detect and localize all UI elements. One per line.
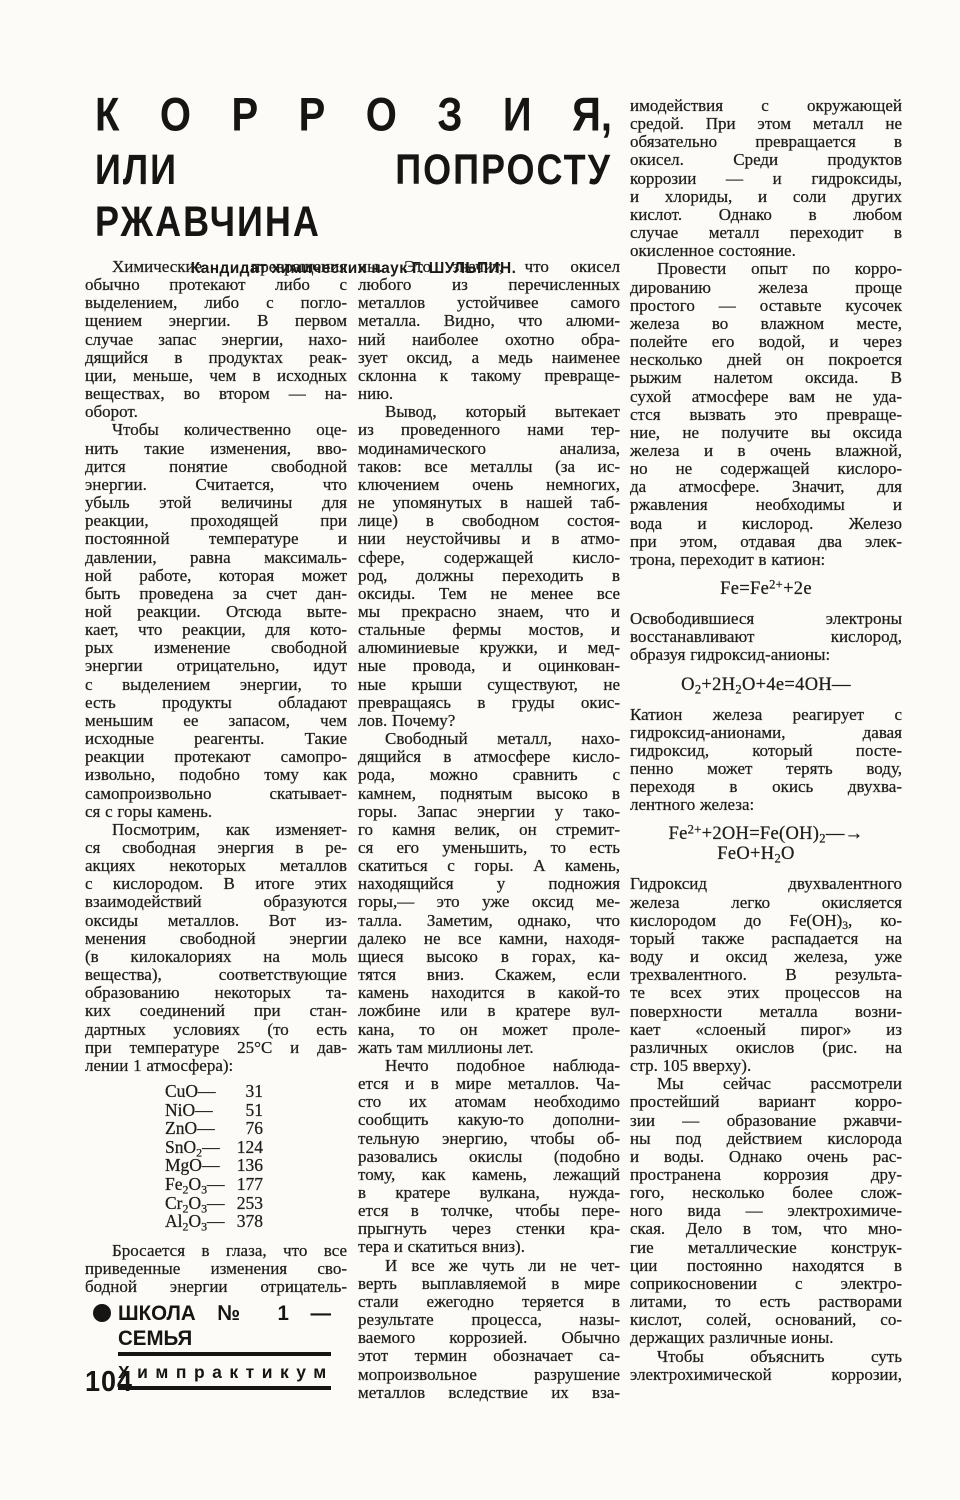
oxide-formula: Cr2O3— xyxy=(165,1194,225,1213)
text-line: держащих различные ионы. xyxy=(630,1329,902,1347)
text-line: несколько дней он покроется xyxy=(630,351,902,369)
text-line: лентного железа: xyxy=(630,796,902,814)
text-line: Свободный металл, нахо- xyxy=(358,730,620,748)
text-line: железа во влажном месте, xyxy=(630,315,902,333)
text-line: трона, переходит в катион: xyxy=(630,551,902,569)
oxide-energy-value: 253 xyxy=(237,1194,263,1213)
text-line: ции, меньше, чем в исходных xyxy=(85,367,347,385)
article-title-line-1: К О Р Р О З И Я, xyxy=(95,88,612,142)
oxide-energy-value: 31 xyxy=(246,1082,264,1101)
oxide-formula: NiO— xyxy=(165,1101,213,1120)
text-line: Гидроксид двухвалентного xyxy=(630,875,902,893)
chemical-formula: Fe=Fe2++2e xyxy=(630,579,902,599)
text-line: давлении, равна максималь- xyxy=(85,549,347,567)
text-line: ции постоянно находятся в xyxy=(630,1257,902,1275)
text-line: взаимодействий образуются xyxy=(85,893,347,911)
paragraph: Вывод, который вытекаетиз проведенного н… xyxy=(358,403,620,730)
text-line: меньшим ее запасом, чем xyxy=(85,712,347,730)
rubric-divider xyxy=(118,1352,331,1356)
oxide-formula: CuO— xyxy=(165,1082,216,1101)
text-line: литами, то есть растворами xyxy=(630,1293,902,1311)
text-line: кает «слоеный пирог» из xyxy=(630,1021,902,1039)
text-line: Вывод, который вытекает xyxy=(358,403,620,421)
text-line: энергии отрицательно, идут xyxy=(85,657,347,675)
oxide-table-row: Al2O3—378 xyxy=(165,1212,263,1231)
text-line: ной реакции. Отсюда выте- xyxy=(85,603,347,621)
text-line: склонна к такому превраще- xyxy=(358,367,620,385)
text-line: кислот, солей, оснований, со- xyxy=(630,1311,902,1329)
text-line: обычно протекают либо с xyxy=(85,276,347,294)
text-line: реакции протекают самопро- xyxy=(85,748,347,766)
text-line: род, должны переходить в xyxy=(358,567,620,585)
text-line: окисел. Среди продуктов xyxy=(630,151,902,169)
paragraph: И все же чуть ли не чет-верть выплавляем… xyxy=(358,1257,620,1402)
magazine-page: К О Р Р О З И Я, ИЛИ ПОПРОСТУ РЖАВЧИНА К… xyxy=(0,0,960,1500)
article-title-line-2: ИЛИ ПОПРОСТУ РЖАВЧИНА xyxy=(95,144,612,248)
text-column-2: ны. Это значит, что окиселлюбого из пере… xyxy=(358,258,620,1402)
text-line: ржавления необходимы и xyxy=(630,496,902,514)
text-line: электрохимической коррозии, xyxy=(630,1366,902,1384)
text-line: но не содержащей кислоро- xyxy=(630,460,902,478)
text-line: акциях некоторых металлов xyxy=(85,857,347,875)
text-line: горы. Запас энергии у тако- xyxy=(358,803,620,821)
oxide-formula: Al2O3— xyxy=(165,1212,225,1231)
text-line: металла. Видно, что алюми- xyxy=(358,312,620,330)
text-line: гидроксид, который посте- xyxy=(630,742,902,760)
text-line: стали ежегодно теряется в xyxy=(358,1293,620,1311)
text-line: различных окислов (рис. на xyxy=(630,1039,902,1057)
text-line: образованию некоторых та- xyxy=(85,984,347,1002)
text-line: Бросается в глаза, что все xyxy=(85,1242,347,1260)
text-line: ные провода, и оцинкован- xyxy=(358,657,620,675)
text-line: оксиды металлов. Вот из- xyxy=(85,912,347,930)
oxide-formula: MgO— xyxy=(165,1156,219,1175)
paragraph: Посмотрим, как изменяет-ся свободная эне… xyxy=(85,821,347,1075)
text-line: ся с горы камень. xyxy=(85,803,347,821)
text-line: восстанавливают кислород, xyxy=(630,628,902,646)
text-line: оборот. xyxy=(85,403,347,421)
text-line: железа и в очень влажной, xyxy=(630,442,902,460)
text-line: пространена коррозия дру- xyxy=(630,1166,902,1184)
text-line: лении 1 атмосфера): xyxy=(85,1057,347,1075)
text-line: соприкосновении с электро- xyxy=(630,1275,902,1293)
text-line: энергии. Считается, что xyxy=(85,476,347,494)
text-line: рых изменение свободной xyxy=(85,639,347,657)
rubric-divider xyxy=(118,1386,331,1390)
text-line: не упомянутых в нашей таб- xyxy=(358,494,620,512)
text-line: прыгнуть через стенки кра- xyxy=(358,1220,620,1238)
text-line: разовались окислы (подобно xyxy=(358,1148,620,1166)
oxide-energy-value: 378 xyxy=(237,1212,263,1231)
text-line: Посмотрим, как изменяет- xyxy=(85,821,347,839)
text-line: воду и оксид железа, уже xyxy=(630,948,902,966)
text-line: поверхности металла возни- xyxy=(630,1003,902,1021)
text-line: щиеся высоко в горах, ка- xyxy=(358,948,620,966)
text-line: есть продукты обладают xyxy=(85,694,347,712)
paragraph: Нечто подобное наблюда-ется и в мире мет… xyxy=(358,1057,620,1257)
text-line: окисленное состояние. xyxy=(630,242,902,260)
oxide-formula: Fe2O3— xyxy=(165,1175,225,1194)
oxide-energy-value: 76 xyxy=(246,1119,264,1138)
text-line: ной работе, которая может xyxy=(85,567,347,585)
text-line: извольно, подобно тому как xyxy=(85,766,347,784)
paragraph: Провести опыт по корро-дированию железа … xyxy=(630,260,902,569)
formula-line: FeO+H2O xyxy=(620,844,892,864)
text-line: жать там миллионы лет. xyxy=(358,1039,620,1057)
text-line: оксиды. Тем не менее все xyxy=(358,585,620,603)
text-line: ные крыши существуют, не xyxy=(358,676,620,694)
oxide-table-row: CuO—31 xyxy=(165,1082,263,1101)
text-line: этот термин обозначает са- xyxy=(358,1347,620,1365)
oxide-energy-table: CuO—31NiO—51ZnO—76SnO2—124MgO—136Fe2O3—1… xyxy=(85,1082,347,1231)
text-line: Чтобы объяснить суть xyxy=(630,1348,902,1366)
text-line: ся свободная энергия в ре- xyxy=(85,839,347,857)
text-line: Провести опыт по корро- xyxy=(630,260,902,278)
oxide-energy-value: 136 xyxy=(237,1156,263,1175)
text-line: при этом, отдавая два элек- xyxy=(630,533,902,551)
text-line: ется в толчке, чтобы пере- xyxy=(358,1202,620,1220)
paragraph: Чтобы объяснить сутьэлектрохимической ко… xyxy=(630,1348,902,1384)
text-line: камнем, поднятым высоко в xyxy=(358,785,620,803)
text-line: в кратере вулкана, нужда- xyxy=(358,1184,620,1202)
text-line: сухой атмосфере вам не уда- xyxy=(630,388,902,406)
oxide-table-row: ZnO—76 xyxy=(165,1119,263,1138)
text-line: лице) в свободном состоя- xyxy=(358,512,620,530)
text-line: и хлориды, и соли других xyxy=(630,188,902,206)
page-number: 104 xyxy=(85,1366,133,1399)
text-line: ны. Это значит, что окисел xyxy=(358,258,620,276)
text-line: кает, что реакции, для кото- xyxy=(85,621,347,639)
text-line: случае металл переходит в xyxy=(630,224,902,242)
oxide-energy-value: 177 xyxy=(237,1175,263,1194)
paragraph: Свободный металл, нахо-дящийся в атмосфе… xyxy=(358,730,620,1057)
text-line: верть выплавляемой в мире xyxy=(358,1275,620,1293)
text-line: алюминиевые кружки, и мед- xyxy=(358,639,620,657)
oxide-table-row: MgO—136 xyxy=(165,1156,263,1175)
paragraph: Катион железа реагирует сгидроксид-анион… xyxy=(630,706,902,815)
text-line: из проведенного нами тер- xyxy=(358,421,620,439)
text-line: сфере, содержащей кисло- xyxy=(358,549,620,567)
text-line: горы,— это уже оксид ме- xyxy=(358,893,620,911)
text-line: трехвалентного. В результа- xyxy=(630,966,902,984)
text-line: ких соединений при стан- xyxy=(85,1002,347,1020)
oxide-table-row: SnO2—124 xyxy=(165,1138,263,1157)
text-line: простого — оставьте кусочек xyxy=(630,297,902,315)
text-line: модинамического анализа, xyxy=(358,440,620,458)
formula-line: Fe2++2OH=Fe(OH)2—→ xyxy=(630,824,902,844)
text-line: тому, как камень, лежащий xyxy=(358,1166,620,1184)
text-line: нить такие изменения, вво- xyxy=(85,440,347,458)
paragraph: Чтобы количественно оце-нить такие измен… xyxy=(85,421,347,820)
text-line: кана, то он может проле- xyxy=(358,1021,620,1039)
text-line: пенно может терять воду, xyxy=(630,760,902,778)
text-line: (в килокалориях на моль xyxy=(85,948,347,966)
formula-line: O2+2H2O+4e=4OH— xyxy=(630,675,902,695)
text-line: Химические превращения xyxy=(85,258,347,276)
paragraph: ны. Это значит, что окиселлюбого из пере… xyxy=(358,258,620,403)
text-line: менения свободной энергии xyxy=(85,930,347,948)
text-line: щением энергии. В первом xyxy=(85,312,347,330)
text-line: гие металлические конструк- xyxy=(630,1239,902,1257)
paragraph: Освободившиеся электронывосстанавливают … xyxy=(630,610,902,664)
text-line: дартных условиях (то есть xyxy=(85,1021,347,1039)
text-line: ние, не получите вы оксида xyxy=(630,424,902,442)
oxide-table-row: Fe2O3—177 xyxy=(165,1175,263,1194)
text-line: случае запас энергии, нахо- xyxy=(85,331,347,349)
text-line: вещества), соответствующие xyxy=(85,966,347,984)
text-line: кислот. Однако в любом xyxy=(630,206,902,224)
chemical-formula: O2+2H2O+4e=4OH— xyxy=(630,675,902,695)
text-line: таков: все металлы (за ис- xyxy=(358,458,620,476)
text-line: бодной энергии отрицатель- xyxy=(85,1278,347,1296)
text-line: камень находится в какой-то xyxy=(358,984,620,1002)
text-column-1: Химические превращенияобычно протекают л… xyxy=(85,258,347,1296)
paragraph: Бросается в глаза, что всеприведенные из… xyxy=(85,1242,347,1296)
text-line: стальные фермы мостов, и xyxy=(358,621,620,639)
text-line: находящийся у подножия xyxy=(358,875,620,893)
text-line: металлов вследствие их вза- xyxy=(358,1384,620,1402)
text-line: образуя гидроксид-анионы: xyxy=(630,646,902,664)
text-line: выделением, либо с погло- xyxy=(85,294,347,312)
text-line: торый также распадается на xyxy=(630,930,902,948)
text-line: рыжим налетом оксида. В xyxy=(630,369,902,387)
text-line: зии — образование ржавчи- xyxy=(630,1112,902,1130)
text-line: и воды. Однако очень рас- xyxy=(630,1148,902,1166)
text-line: с кислородом. В итоге этих xyxy=(85,875,347,893)
bullet-icon xyxy=(93,1304,111,1322)
oxide-energy-value: 124 xyxy=(237,1138,263,1157)
oxide-table-row: Cr2O3—253 xyxy=(165,1194,263,1213)
text-line: простейший вариант корро- xyxy=(630,1093,902,1111)
text-line: ны под действием кислорода xyxy=(630,1130,902,1148)
text-line: любого из перечисленных xyxy=(358,276,620,294)
text-line: железа легко окисляется xyxy=(630,894,902,912)
rubric-title: ШКОЛА № 1 — СЕМЬЯ xyxy=(118,1301,331,1351)
text-line: с выделением энергии, то xyxy=(85,676,347,694)
text-line: постоянной температуре и xyxy=(85,530,347,548)
text-line: рода, можно сравнить с xyxy=(358,766,620,784)
text-line: стр. 105 вверху). xyxy=(630,1057,902,1075)
text-line: талла. Заметим, однако, что xyxy=(358,912,620,930)
article-header: К О Р Р О З И Я, ИЛИ ПОПРОСТУ РЖАВЧИНА К… xyxy=(95,88,612,278)
oxide-formula: ZnO— xyxy=(165,1119,215,1138)
text-line: результате процесса, назы- xyxy=(358,1311,620,1329)
text-line: дящийся в атмосфере кисло- xyxy=(358,748,620,766)
text-line: средой. При этом металл не xyxy=(630,115,902,133)
text-line: веществах, во втором — на- xyxy=(85,385,347,403)
text-line: мопроизвольное разрушение xyxy=(358,1366,620,1384)
text-line: ний наиболее охотно обра- xyxy=(358,331,620,349)
text-line: нии неустойчивы и в атмо- xyxy=(358,530,620,548)
text-line: ется и в мире металлов. Ча- xyxy=(358,1075,620,1093)
rubric-subtitle: Химпрактикум xyxy=(118,1362,331,1383)
text-line: ключением очень немногих, xyxy=(358,476,620,494)
paragraph: имодействия с окружающейсредой. При этом… xyxy=(630,97,902,260)
text-line: обязательно превращается в xyxy=(630,133,902,151)
text-line: ваемого коррозией. Обычно xyxy=(358,1329,620,1347)
text-line: гого, несколько более слож- xyxy=(630,1184,902,1202)
text-line: кислородом до Fe(OH)3, ко- xyxy=(630,912,902,930)
text-line: го камня велик, он стремит- xyxy=(358,821,620,839)
text-line: Нечто подобное наблюда- xyxy=(358,1057,620,1075)
text-line: вода и кислород. Железо xyxy=(630,515,902,533)
formula-line: Fe=Fe2++2e xyxy=(630,579,902,599)
text-line: самопроизвольно скатывает- xyxy=(85,785,347,803)
text-line: да атмосфере. Значит, для xyxy=(630,478,902,496)
oxide-energy-value: 51 xyxy=(246,1101,264,1120)
text-line: стся вызвать это превраще- xyxy=(630,406,902,424)
text-line: приведенные изменения сво- xyxy=(85,1260,347,1278)
oxide-table-row: NiO—51 xyxy=(165,1101,263,1120)
text-line: Освободившиеся электроны xyxy=(630,610,902,628)
text-line: тельную энергию, чтобы об- xyxy=(358,1130,620,1148)
oxide-formula: SnO2— xyxy=(165,1138,220,1157)
chemical-formula: Fe2++2OH=Fe(OH)2—→FeO+H2O xyxy=(630,824,902,864)
text-line: реакции, проходящей при xyxy=(85,512,347,530)
text-line: ного вида — электрохимиче- xyxy=(630,1202,902,1220)
text-line: мы прекрасно знаем, что и xyxy=(358,603,620,621)
text-line: Мы сейчас рассмотрели xyxy=(630,1075,902,1093)
text-line: сто их атомам необходимо xyxy=(358,1093,620,1111)
paragraph: Гидроксид двухвалентногожелеза легко оки… xyxy=(630,875,902,1075)
text-line: ся его уменьшить, то есть xyxy=(358,839,620,857)
text-line: дится понятие свободной xyxy=(85,458,347,476)
paragraph: Химические превращенияобычно протекают л… xyxy=(85,258,347,421)
text-line: ская. Дело в том, что мно- xyxy=(630,1220,902,1238)
paragraph: Мы сейчас рассмотрелипростейший вариант … xyxy=(630,1075,902,1347)
text-line: коррозии — и гидроксиды, xyxy=(630,170,902,188)
text-line: далеко не все камни, находя- xyxy=(358,930,620,948)
text-line: при температуре 25°С и дав- xyxy=(85,1039,347,1057)
text-line: металлов устойчивее самого xyxy=(358,294,620,312)
text-line: Катион железа реагирует с xyxy=(630,706,902,724)
text-line: дящийся в продуктах реак- xyxy=(85,349,347,367)
text-line: тера и скатиться вниз). xyxy=(358,1238,620,1256)
text-line: тятся вниз. Скажем, если xyxy=(358,966,620,984)
text-line: исходные реагенты. Такие xyxy=(85,730,347,748)
text-line: ложбине или в кратере вул- xyxy=(358,1002,620,1020)
text-line: те всех этих процессов на xyxy=(630,984,902,1002)
text-line: зует оксид, а медь наименее xyxy=(358,349,620,367)
text-line: полейте его водой, и через xyxy=(630,333,902,351)
text-line: лов. Почему? xyxy=(358,712,620,730)
text-column-3: имодействия с окружающейсредой. При этом… xyxy=(630,97,902,1384)
text-line: имодействия с окружающей xyxy=(630,97,902,115)
text-line: нию. xyxy=(358,385,620,403)
text-line: переходя в окись двухва- xyxy=(630,778,902,796)
text-line: скатиться с горы. А камень, xyxy=(358,857,620,875)
text-line: быть проведена за счет дан- xyxy=(85,585,347,603)
text-line: Чтобы количественно оце- xyxy=(85,421,347,439)
text-line: дированию железа проще xyxy=(630,279,902,297)
text-line: убыль этой величины для xyxy=(85,494,347,512)
text-line: И все же чуть ли не чет- xyxy=(358,1257,620,1275)
text-line: гидроксид-анионами, давая xyxy=(630,724,902,742)
text-line: превращаясь в груды окис- xyxy=(358,694,620,712)
text-line: сообщить какую-то дополни- xyxy=(358,1111,620,1129)
